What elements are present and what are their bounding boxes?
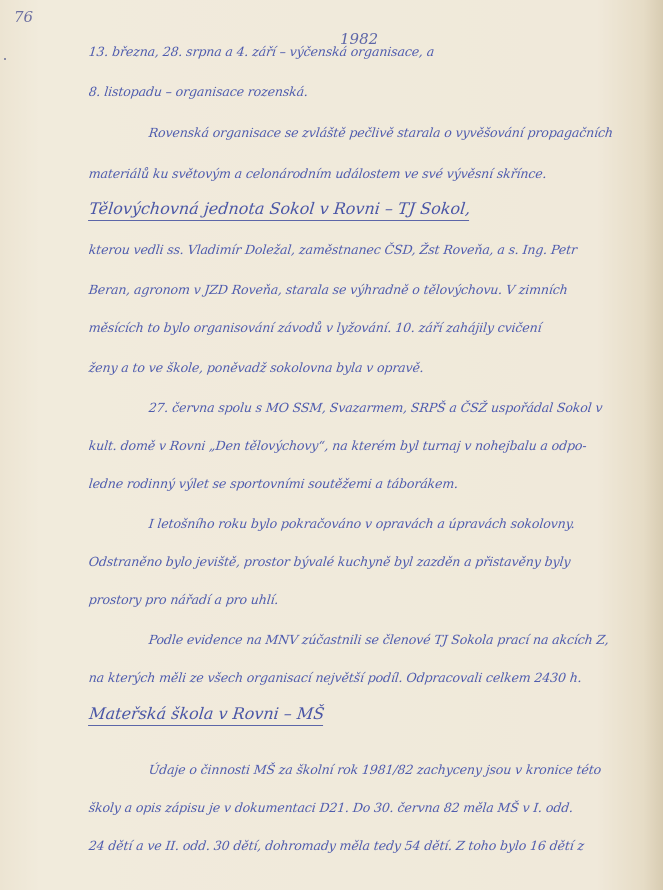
text-line: Beran, agronom v JZD Roveňa, starala se …: [88, 282, 645, 297]
text-line: prostory pro nářadí a pro uhlí.: [88, 592, 645, 607]
text-line: 8. listopadu – organisace rozenská.: [88, 84, 645, 99]
text-line: kult. domě v Rovni „Den tělovýchovy“, na…: [88, 438, 645, 453]
text-line: kterou vedli ss. Vladimír Doležal, zaměs…: [88, 242, 645, 257]
text-line: 13. března, 28. srpna a 4. září – výčens…: [88, 44, 645, 59]
text-line: materiálů ku světovým a celonárodním udá…: [88, 166, 645, 181]
page-number: 76: [14, 8, 33, 26]
text-line: měsících to bylo organisování závodů v l…: [88, 320, 645, 335]
text-line: Odstraněno bylo jeviště, prostor bývalé …: [88, 554, 645, 569]
text-line: Údaje o činnosti MŠ za školní rok 1981/8…: [148, 762, 645, 777]
text-line: ženy a to ve škole, poněvadž sokolovna b…: [88, 360, 645, 375]
text-line: 27. června spolu s MO SSM, Svazarmem, SR…: [148, 400, 645, 415]
text-line: I letošního roku bylo pokračováno v opra…: [148, 516, 645, 531]
text-line: Podle evidence na MNV zúčastnili se člen…: [148, 632, 645, 647]
text-line: Rovenská organisace se zvláště pečlivě s…: [148, 125, 645, 140]
text-line: na kterých měli ze všech organisací nejv…: [88, 670, 645, 685]
handwritten-chronicle-page: 76 1982 13. března, 28. srpna a 4. září …: [0, 0, 663, 890]
section-heading-tj-sokol: Tělovýchovná jednota Sokol v Rovni – TJ …: [88, 199, 471, 221]
text-line: školy a opis zápisu je v dokumentaci D21…: [88, 800, 645, 815]
section-heading-ms: Mateřská škola v Rovni – MŠ: [88, 704, 325, 726]
text-line: ledne rodinný výlet se sportovními soutě…: [88, 476, 645, 491]
text-line: 24 dětí a ve II. odd. 30 dětí, dohromady…: [88, 838, 645, 853]
paper-speck: [4, 58, 6, 60]
